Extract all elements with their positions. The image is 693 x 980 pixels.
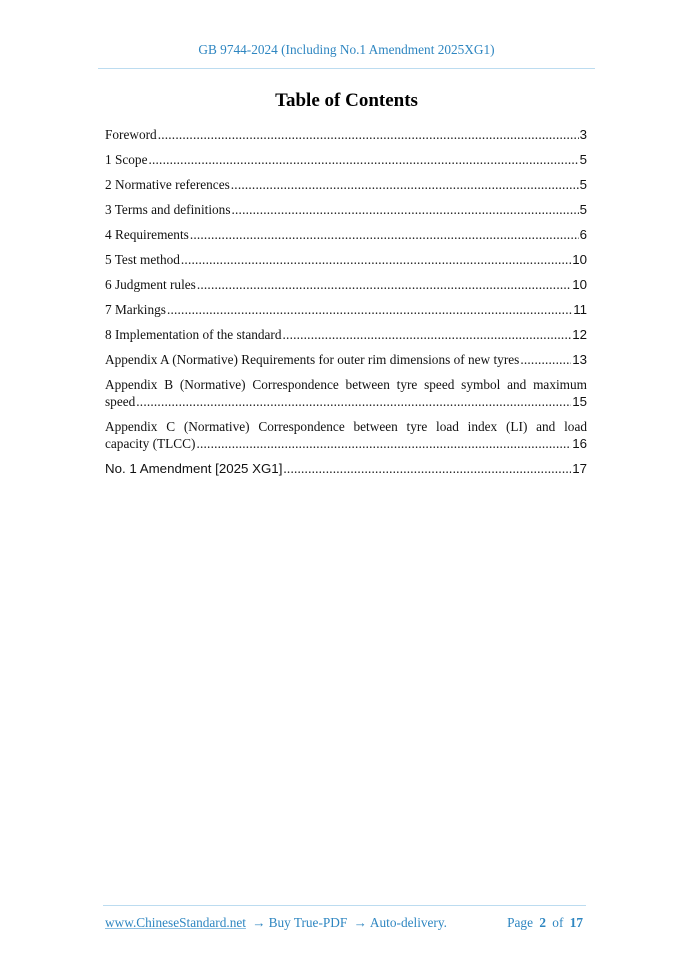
arrow-right-icon: →	[252, 915, 265, 930]
dot-leader	[196, 435, 571, 452]
toc-entry-foreword[interactable]: Foreword3	[105, 126, 587, 143]
toc-entry-appendix-a[interactable]: Appendix A (Normative) Requirements for …	[105, 351, 587, 368]
page-number: 10	[572, 276, 587, 293]
toc-entry-requirements[interactable]: 4 Requirements6	[105, 226, 587, 243]
page-number: 5	[580, 151, 587, 168]
page-number: 6	[580, 226, 587, 243]
toc-entry-implementation[interactable]: 8 Implementation of the standard12	[105, 326, 587, 343]
dot-leader	[167, 301, 572, 318]
page-number: 10	[572, 251, 587, 268]
footer-promo: www.ChineseStandard.net →Buy True-PDF →A…	[105, 915, 447, 931]
total-pages: 17	[570, 915, 583, 930]
page-number: 15	[572, 393, 587, 410]
running-header: GB 9744-2024 (Including No.1 Amendment 2…	[98, 42, 595, 58]
current-page: 2	[539, 915, 546, 930]
toc-entry-scope[interactable]: 1 Scope5	[105, 151, 587, 168]
arrow-right-icon: →	[354, 915, 367, 930]
website-link[interactable]: www.ChineseStandard.net	[105, 915, 246, 930]
footer-divider	[103, 905, 586, 906]
toc-title: Table of Contents	[98, 90, 595, 112]
page-number: 12	[572, 326, 587, 343]
page-number: 11	[573, 301, 587, 318]
dot-leader	[148, 151, 578, 168]
page-number: 13	[572, 351, 587, 368]
dot-leader	[181, 251, 571, 268]
page-number: 5	[580, 176, 587, 193]
page-number: 3	[580, 126, 587, 143]
dot-leader	[232, 201, 579, 218]
toc-entry-appendix-b[interactable]: Appendix B (Normative) Correspondence be…	[105, 376, 587, 410]
page-indicator: Page 2 of 17	[507, 915, 586, 931]
table-of-contents: Foreword3 1 Scope5 2 Normative reference…	[105, 126, 587, 485]
toc-entry-appendix-c[interactable]: Appendix C (Normative) Correspondence be…	[105, 418, 587, 452]
dot-leader	[197, 276, 571, 293]
page-number: 16	[572, 435, 587, 452]
dot-leader	[283, 326, 572, 343]
page-number: 17	[572, 460, 587, 477]
toc-entry-markings[interactable]: 7 Markings11	[105, 301, 587, 318]
page-number: 5	[580, 201, 587, 218]
dot-leader	[283, 460, 571, 477]
header-divider	[98, 68, 595, 69]
dot-leader	[231, 176, 579, 193]
dot-leader	[520, 351, 571, 368]
delivery-text: Auto-delivery.	[370, 915, 447, 930]
page-footer: www.ChineseStandard.net →Buy True-PDF →A…	[105, 915, 586, 931]
toc-entry-judgment-rules[interactable]: 6 Judgment rules10	[105, 276, 587, 293]
toc-entry-amendment[interactable]: No. 1 Amendment [2025 XG1]17	[105, 460, 587, 477]
buy-text: Buy True-PDF	[269, 915, 348, 930]
toc-entry-terms-definitions[interactable]: 3 Terms and definitions5	[105, 201, 587, 218]
dot-leader	[190, 226, 579, 243]
toc-entry-test-method[interactable]: 5 Test method10	[105, 251, 587, 268]
dot-leader	[136, 393, 571, 410]
toc-entry-normative-references[interactable]: 2 Normative references5	[105, 176, 587, 193]
dot-leader	[158, 126, 579, 143]
